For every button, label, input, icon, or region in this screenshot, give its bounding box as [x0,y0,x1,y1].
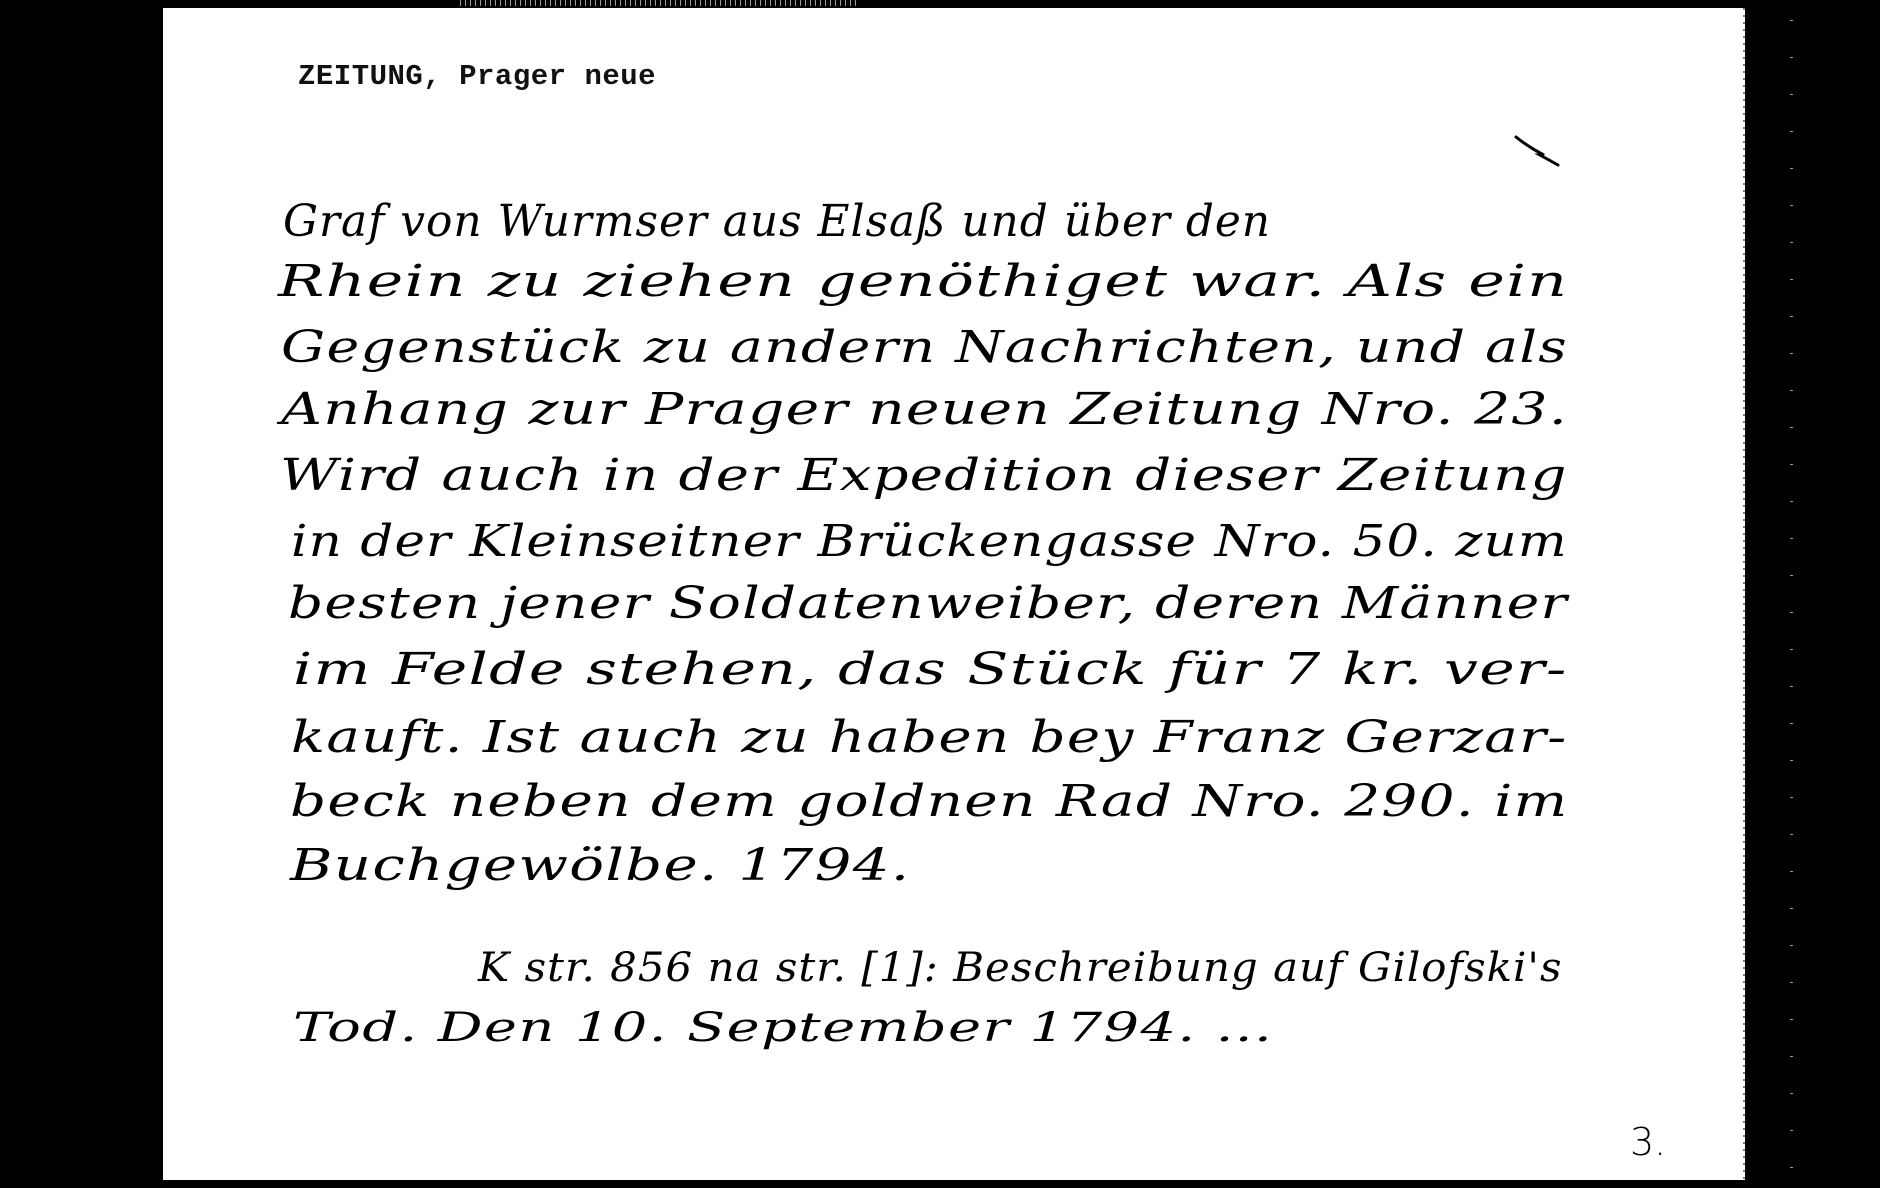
handwritten-line: Gegenstück zu andern Nachrichten, und al… [281,326,1568,370]
scan-noise-top [460,0,860,6]
scan-noise-right [1790,20,1793,1180]
footnote-reference: K str. 856 na str. [1]: Beschreibung auf… [478,948,1562,988]
handwritten-line: im Felde stehen, das Stück für 7 kr. ver… [293,648,1568,692]
handwritten-line: in der Kleinseitner Brückengasse Nro. 50… [291,520,1568,564]
page-number: 3. [1630,1120,1666,1164]
handwritten-line: Wird auch in der Expedition dieser Zeitu… [280,454,1568,498]
handwritten-line: Anhang zur Prager neuen Zeitung Nro. 23. [281,388,1568,432]
index-card: ZEITUNG, Prager neue Graf von Wurmser au… [163,8,1745,1180]
footnote-line: Tod. Den 10. September 1794. ... [293,1008,1273,1048]
handwritten-line: besten jener Soldatenweiber, deren Männe… [288,582,1568,626]
handwritten-line: Buchgewölbe. 1794. [290,844,911,888]
handwritten-line: Graf von Wurmser aus Elsaß und über den [283,200,1568,244]
scan-viewport: ZEITUNG, Prager neue Graf von Wurmser au… [0,0,1880,1188]
handwritten-line: Rhein zu ziehen genöthiget war. Als ein [278,260,1568,304]
handwritten-line: kauft. Ist auch zu haben bey Franz Gerza… [291,716,1568,760]
handwritten-line: beck neben dem goldnen Rad Nro. 290. im [290,780,1568,824]
